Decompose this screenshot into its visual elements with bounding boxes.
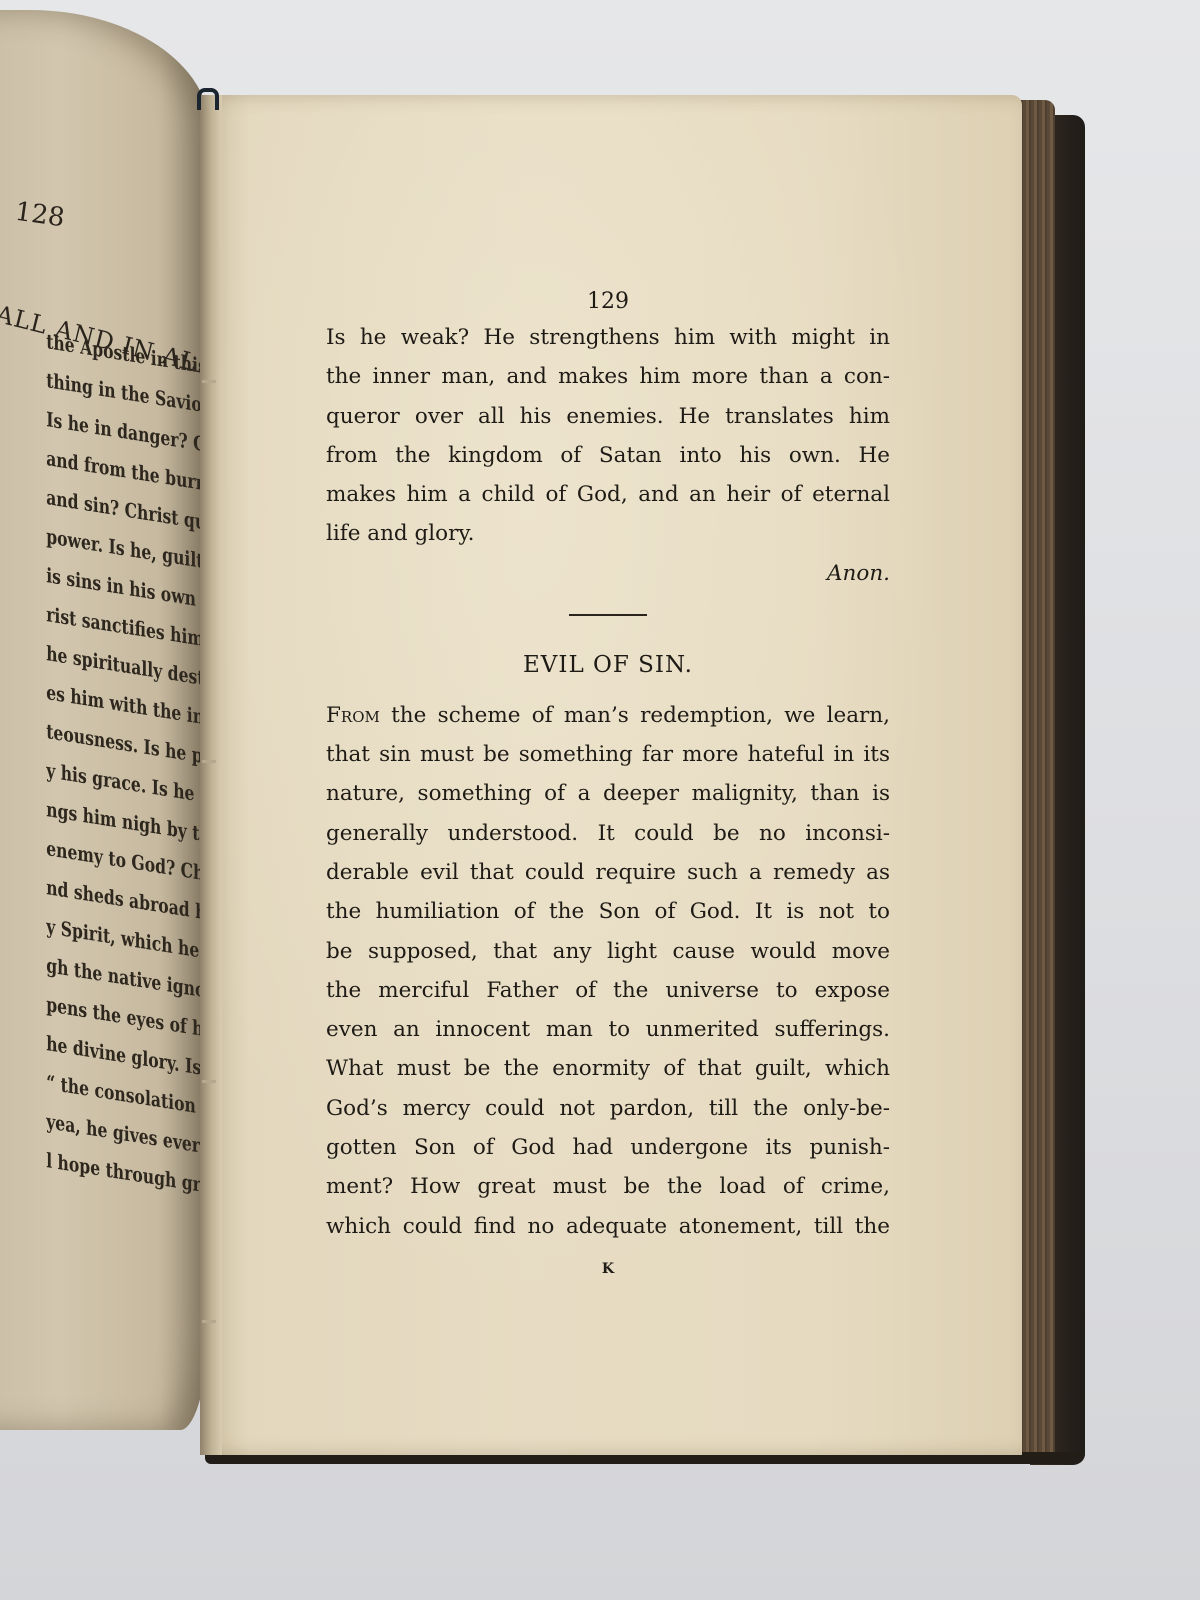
section-paragraph: From the scheme of man’s redemption, we … (326, 696, 890, 1246)
text-line: the humiliation of the Son of God. It is… (326, 892, 890, 931)
left-page: 128 ALL AND IN ALL. the Apostle in this … (0, 10, 210, 1430)
stitch-mark (202, 1320, 216, 1323)
book-photo: 128 ALL AND IN ALL. the Apostle in this … (0, 0, 1200, 1600)
continued-paragraph: Is he weak? He strengthens him with migh… (326, 318, 890, 554)
drop-word: From (326, 703, 380, 728)
text-line: God’s mercy could not pardon, till the o… (326, 1089, 890, 1128)
text-line: the merciful Father of the universe to e… (326, 971, 890, 1010)
stitch-mark (202, 760, 216, 763)
text-line: from the kingdom of Satan into his own. … (326, 436, 890, 475)
attribution: Anon. (326, 554, 890, 594)
left-page-text: the Apostle in this passage thing in the… (0, 355, 210, 1213)
text-line: makes him a child of God, and an heir of… (326, 475, 890, 514)
stitch-mark (202, 380, 216, 383)
text-line: the inner man, and makes him more than a… (326, 357, 890, 396)
left-page-number: 128 (13, 197, 66, 234)
text-line: derable evil that could require such a r… (326, 853, 890, 892)
section-heading: EVIL OF SIN. (326, 646, 890, 690)
text-line: even an innocent man to unmerited suffer… (326, 1010, 890, 1049)
stitch-mark (202, 1080, 216, 1083)
text-line: From the scheme of man’s redemption, we … (326, 696, 890, 735)
text-line: queror over all his enemies. He translat… (326, 397, 890, 436)
text-line: Is he weak? He strengthens him with migh… (326, 318, 890, 357)
signature-mark: K (326, 1250, 890, 1289)
text-line: nature, something of a deeper malignity,… (326, 774, 890, 813)
text-line: life and glory. (326, 514, 890, 553)
text-line: What must be the enormity of that guilt,… (326, 1049, 890, 1088)
text-line: generally understood. It could be no inc… (326, 814, 890, 853)
section-divider (569, 614, 647, 616)
binding-thread-icon (197, 88, 219, 110)
right-page-text: 129 Is he weak? He strengthens him with … (326, 280, 890, 1289)
page-number: 129 (326, 280, 890, 318)
gutter-fold (200, 95, 222, 1455)
text-line: gotten Son of God had undergone its puni… (326, 1128, 890, 1167)
text-line: that sin must be something far more hate… (326, 735, 890, 774)
text-line: be supposed, that any light cause would … (326, 932, 890, 971)
text-fragment: the scheme of man’s redemption, we learn… (380, 703, 890, 728)
text-line: ment? How great must be the load of crim… (326, 1167, 890, 1206)
text-line: which could find no adequate atonement, … (326, 1207, 890, 1246)
